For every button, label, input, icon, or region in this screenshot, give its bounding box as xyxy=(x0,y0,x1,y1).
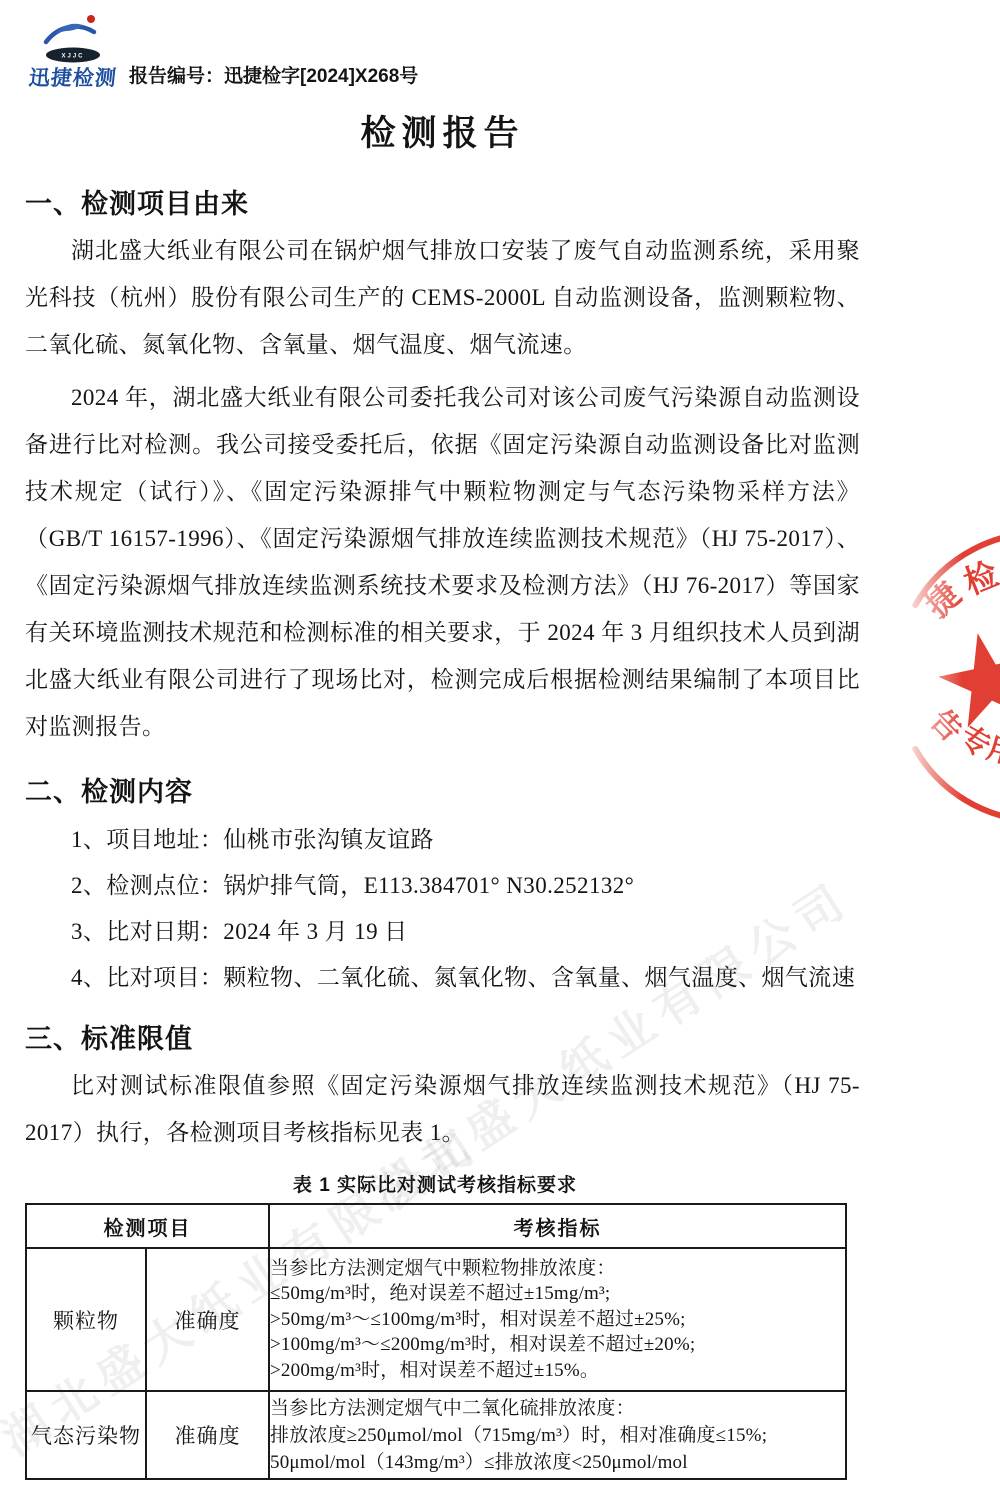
table-row: 颗粒物 准确度 当参比方法测定烟气中颗粒物排放浓度： ≤50mg/m³时，绝对误… xyxy=(26,1248,846,1391)
cell-metric: 准确度 xyxy=(146,1391,269,1479)
column-header-item: 检测项目 xyxy=(26,1204,269,1248)
list-item: 3、比对日期：2024 年 3 月 19 日 xyxy=(25,909,860,955)
red-seal-stamp: 捷 检 告 专 用 xyxy=(880,528,1000,838)
seal-char: 捷 xyxy=(918,575,967,625)
company-logo: XJJC 迅捷检测 xyxy=(25,12,121,92)
criteria-line: 当参比方法测定烟气中二氧化硫排放浓度： xyxy=(270,1395,845,1422)
section3-heading: 三、标准限值 xyxy=(25,1017,860,1056)
cell-item-name: 气态污染物 xyxy=(26,1391,146,1479)
cell-criteria: 当参比方法测定烟气中二氧化硫排放浓度： 排放浓度≥250μmol/mol（715… xyxy=(269,1391,846,1479)
table-row: 气态污染物 准确度 当参比方法测定烟气中二氧化硫排放浓度： 排放浓度≥250μm… xyxy=(26,1391,846,1479)
page-title: 检测报告 xyxy=(25,106,860,156)
cell-item-name: 颗粒物 xyxy=(26,1248,146,1391)
criteria-line: ≤50mg/m³时，绝对误差不超过±15mg/m³; xyxy=(270,1281,845,1307)
page-header: XJJC 迅捷检测 报告编号：迅捷检字[2024]X268号 xyxy=(25,12,860,92)
section3-paragraph: 比对测试标准限值参照《固定污染源烟气排放连续监测技术规范》（HJ 75-2017… xyxy=(25,1062,860,1156)
table-caption: 表 1 实际比对测试考核指标要求 xyxy=(25,1170,845,1197)
criteria-line: 当参比方法测定烟气中颗粒物排放浓度： xyxy=(270,1256,845,1282)
criteria-line: 排放浓度≥250μmol/mol（715mg/m³）时，相对准确度≤15%; xyxy=(270,1422,845,1449)
cell-metric: 准确度 xyxy=(146,1248,269,1391)
report-number: 报告编号：迅捷检字[2024]X268号 xyxy=(129,61,418,92)
logo-bird-icon: XJJC xyxy=(36,12,110,64)
criteria-line: >200mg/m³时，相对误差不超过±15%。 xyxy=(270,1358,845,1384)
svg-text:XJJC: XJJC xyxy=(61,54,84,60)
criteria-line: >100mg/m³～≤200mg/m³时，相对误差不超过±20%; xyxy=(270,1332,845,1358)
cell-criteria: 当参比方法测定烟气中颗粒物排放浓度： ≤50mg/m³时，绝对误差不超过±15m… xyxy=(269,1248,846,1391)
section2-heading: 二、检测内容 xyxy=(25,770,860,809)
criteria-table: 检测项目 考核指标 颗粒物 准确度 当参比方法测定烟气中颗粒物排放浓度： ≤50… xyxy=(25,1203,847,1480)
list-item: 4、比对项目：颗粒物、二氧化硫、氮氧化物、含氧量、烟气温度、烟气流速 xyxy=(25,955,860,1001)
section1-paragraph: 湖北盛大纸业有限公司在锅炉烟气排放口安装了废气自动监测系统，采用聚光科技（杭州）… xyxy=(25,227,860,368)
list-item: 1、项目地址：仙桃市张沟镇友谊路 xyxy=(25,817,860,863)
list-item: 2、检测点位：锅炉排气筒，E113.384701° N30.252132° xyxy=(25,863,860,909)
criteria-line: >50mg/m³～≤100mg/m³时，相对误差不超过±25%; xyxy=(270,1307,845,1333)
criteria-line: 50μmol/mol（143mg/m³）≤排放浓度<250μmol/mol xyxy=(270,1449,845,1476)
section2-item-list: 1、项目地址：仙桃市张沟镇友谊路 2、检测点位：锅炉排气筒，E113.38470… xyxy=(25,817,860,1001)
section1-heading: 一、检测项目由来 xyxy=(25,182,860,221)
report-page: 湖北盛大纸业有限公司 湖北盛大纸业有限公司 捷 检 告 专 用 xyxy=(0,0,1000,1508)
table-header-row: 检测项目 考核指标 xyxy=(26,1204,846,1248)
column-header-criteria: 考核指标 xyxy=(269,1204,846,1248)
section1-paragraph: 2024 年，湖北盛大纸业有限公司委托我公司对该公司废气污染源自动监测设备进行比… xyxy=(25,374,860,750)
logo-name: 迅捷检测 xyxy=(27,62,118,92)
seal-char: 检 xyxy=(959,555,1000,602)
